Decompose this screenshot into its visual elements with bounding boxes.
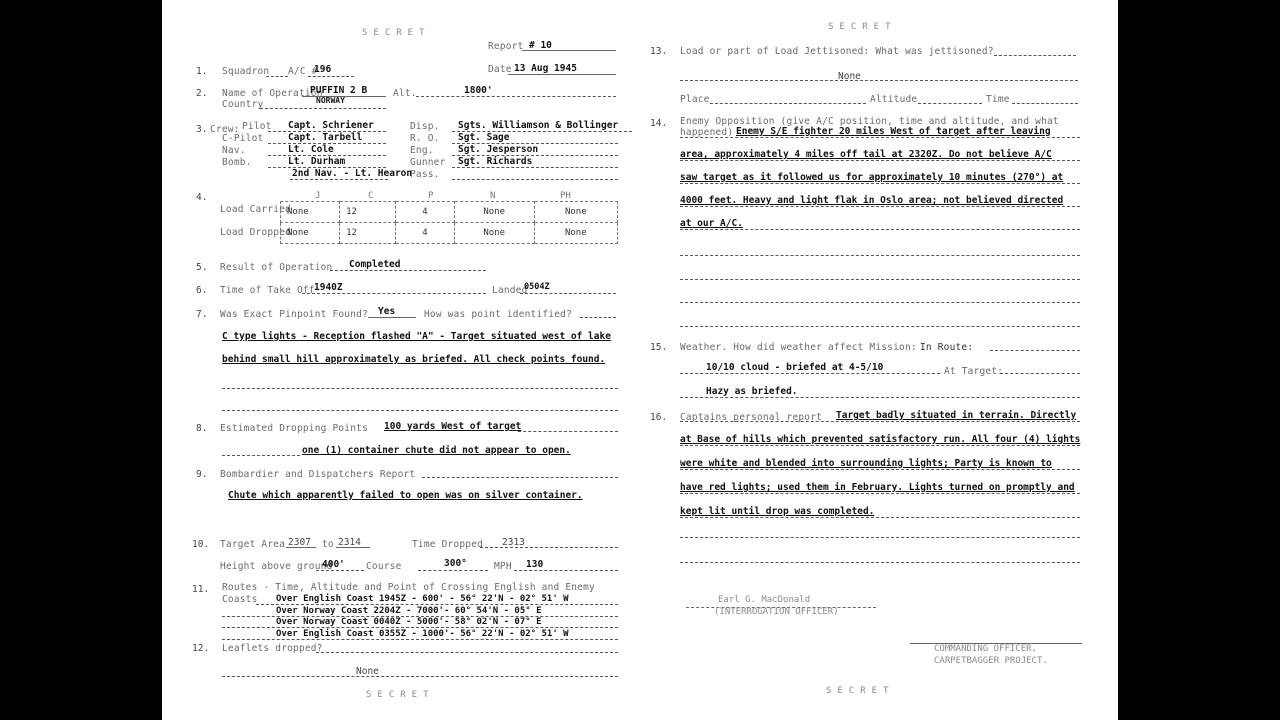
time-dropped-label: Time Dropped — [412, 539, 483, 550]
classification-bottom-left: SECRET — [366, 690, 435, 700]
crew-role-label: R. O. — [410, 133, 440, 144]
blank-line — [222, 676, 618, 677]
blank-line — [680, 326, 1080, 327]
altitude-label: Altitude — [870, 94, 917, 105]
time-label: Time — [986, 94, 1010, 105]
load-cell: None — [534, 223, 617, 244]
at-target-line — [680, 397, 1080, 398]
enemy-line-rule — [680, 183, 1080, 184]
captains-report-line: kept lit until drop was completed. — [680, 506, 874, 517]
section-5-number: 5. — [196, 262, 207, 273]
crew-member-name: Sgt. Richards — [458, 156, 532, 167]
section-10-number: 10. — [192, 539, 209, 550]
weather-label: Weather. How did weather affect Mission: — [680, 342, 917, 353]
load-column-header: P — [428, 191, 433, 201]
crew-field — [452, 179, 618, 180]
crew-member-name: 2nd Nav. - Lt. Hearon — [292, 168, 412, 179]
section-2-number: 2. — [196, 88, 207, 99]
section-12-number: 12. — [192, 643, 209, 654]
pinpoint-found-value: Yes — [378, 306, 395, 317]
load-column-header: C — [368, 191, 373, 201]
alt-label: Alt. — [393, 88, 417, 99]
enemy-line-rule — [680, 137, 1080, 138]
crew-member-name: Lt. Durham — [288, 156, 345, 167]
blank-line — [222, 388, 618, 389]
landed-field — [520, 293, 616, 294]
country-value: NORWAY — [316, 96, 345, 105]
place-label: Place — [680, 94, 710, 105]
date-value: 13 Aug 1945 — [514, 63, 577, 74]
mph-label: MPH — [494, 561, 512, 572]
takeoff-label: Time of Take Off — [220, 285, 315, 296]
crew-field — [452, 167, 618, 168]
route-line — [222, 639, 618, 640]
blank-line — [680, 537, 1080, 538]
section-16-number: 16. — [650, 412, 667, 423]
enemy-line-rule — [680, 206, 1080, 207]
interrogator-title: (INTERROGATION OFFICER) — [714, 607, 839, 617]
height-field — [316, 570, 364, 571]
classification-bottom-right: SECRET — [826, 686, 895, 696]
enemy-line-rule — [680, 160, 1080, 161]
course-field — [418, 570, 488, 571]
captain-line-rule — [680, 421, 1080, 422]
route-entry: Over Norway Coast 0040Z - 5000'- 58° 02'… — [276, 617, 542, 627]
pinpoint-label: Was Exact Pinpoint Found? — [220, 309, 368, 320]
route-entry: Over English Coast 0355Z - 1000'- 56° 22… — [276, 629, 569, 639]
bombardier-field — [422, 477, 618, 478]
load-column-header: N — [490, 191, 495, 201]
interrogator-name: Earl G. MacDonald — [718, 595, 810, 605]
jettisoned-label: Load or part of Load Jettisoned: What wa… — [680, 46, 994, 57]
load-table: None124NoneNoneNone124NoneNone — [280, 201, 618, 244]
course-label: Course — [366, 561, 402, 572]
enroute-value: 10/10 cloud - briefed at 4-5/10 — [706, 362, 883, 373]
section-15-number: 15. — [650, 342, 667, 353]
crew-member-name: Sgts. Williamson & Bollinger — [458, 120, 618, 131]
load-cell: 12 — [340, 202, 396, 223]
routes-label: Routes - Time, Altitude and Point of Cro… — [222, 582, 595, 593]
section-9-number: 9. — [196, 469, 207, 480]
crew-role-label: Bomb. — [222, 157, 252, 168]
ac-value: 196 — [314, 64, 331, 75]
time-dropped-field — [480, 547, 618, 548]
enroute-label: In Route: — [920, 342, 973, 353]
captain-line-rule — [680, 445, 1080, 446]
captains-report-line: were white and blended into surrounding … — [680, 458, 1052, 469]
section-4-number: 4. — [196, 192, 207, 203]
place-field — [710, 103, 866, 104]
how-field — [580, 317, 616, 318]
landed-value: 0504Z — [524, 282, 550, 292]
crew-role-label: Eng. — [410, 145, 434, 156]
how-identified-label: How was point identified? — [424, 309, 572, 320]
enemy-opposition-line: 4000 feet. Heavy and light flak in Oslo … — [680, 195, 1063, 206]
enemy-line-rule — [680, 229, 1080, 230]
height-value: 400' — [322, 559, 345, 570]
load-column-header: PH — [560, 191, 571, 201]
crew-member-name: Capt. Tarbell — [288, 132, 362, 143]
crew-member-name: Capt. Schriener — [288, 120, 374, 131]
result-field — [330, 270, 486, 271]
blank-line — [680, 255, 1080, 256]
altitude-field — [918, 103, 982, 104]
section-7-number: 7. — [196, 309, 207, 320]
enroute-field — [990, 350, 1080, 351]
section-13-number: 13. — [650, 46, 667, 57]
at-target-field — [1000, 373, 1080, 374]
load-cell: None — [281, 202, 340, 223]
load-cell: 4 — [396, 223, 455, 244]
to-label: to — [322, 539, 334, 550]
load-cell: 12 — [340, 223, 396, 244]
blank-line — [680, 279, 1080, 280]
section-8-number: 8. — [196, 423, 207, 434]
blank-line — [680, 302, 1080, 303]
squadron-field — [266, 76, 288, 77]
landed-label: Landed — [492, 285, 528, 296]
crew-role-label: Pass. — [410, 169, 440, 180]
load-cell: 4 — [396, 202, 455, 223]
crew-member-name: Sgt. Sage — [458, 132, 509, 143]
co-title-1: COMMANDING OFFICER, — [934, 644, 1037, 654]
jettisoned-field — [994, 55, 1076, 56]
load-cell: None — [281, 223, 340, 244]
blank-line — [222, 455, 300, 456]
leaflets-label: Leaflets dropped? — [222, 643, 323, 654]
target-from-field — [286, 547, 316, 548]
enemy-opposition-line: at our A/C. — [680, 218, 743, 229]
operation-value: PUFFIN 2 B — [310, 85, 367, 96]
captain-line-rule — [680, 493, 1080, 494]
enemy-opposition-line: Enemy S/E fighter 20 miles West of targe… — [736, 126, 1051, 137]
jettisoned-line — [680, 80, 1078, 81]
load-cell: None — [454, 202, 534, 223]
dropping-points-line-2: one (1) container chute did not appear t… — [302, 445, 571, 456]
dropping-field — [518, 431, 618, 432]
load-cell: None — [454, 223, 534, 244]
captains-report-line: Target badly situated in terrain. Direct… — [836, 410, 1076, 421]
mph-value: 130 — [526, 559, 543, 570]
mph-field — [514, 570, 618, 571]
date-field — [508, 74, 616, 75]
load-cell: None — [534, 202, 617, 223]
leaflets-field — [316, 652, 618, 653]
routes-label-coasts: Coasts — [222, 594, 258, 605]
blank-line — [680, 562, 1080, 563]
target-to-field — [336, 547, 370, 548]
crew-role-label: Disp. — [410, 121, 440, 132]
squadron-label: Squadron — [222, 66, 269, 77]
identification-line-1: C type lights - Reception flashed "A" - … — [222, 331, 611, 342]
crew-member-name: Lt. Cole — [288, 144, 334, 155]
load-row: None124NoneNone — [281, 223, 618, 244]
enroute-line — [680, 373, 940, 374]
result-value: Completed — [349, 259, 400, 270]
identification-line-2: behind small hill approximately as brief… — [222, 354, 605, 365]
load-column-header: J — [315, 191, 320, 201]
ac-field — [308, 76, 354, 77]
at-target-value: Hazy as briefed. — [706, 386, 798, 397]
route-entry: Over English Coast 1945Z - 600' - 56° 22… — [276, 594, 569, 604]
target-area-label: Target Area — [220, 539, 285, 550]
section-14-number: 14. — [650, 118, 667, 129]
route-entry: Over Norway Coast 2204Z - 7000'- 60° 54'… — [276, 606, 542, 616]
blank-line — [222, 410, 618, 411]
captain-line-rule — [680, 469, 1080, 470]
operation-label: Name of Operation — [222, 88, 323, 99]
report-underline — [522, 50, 616, 51]
mission-report-page: SECRET Report # 10 1. Squadron A/C # 196… — [162, 0, 1118, 720]
bombardier-report-value: Chute which apparently failed to open wa… — [228, 490, 583, 501]
country-label: Country — [222, 99, 263, 110]
bombardier-report-label: Bombardier and Dispatchers Report — [220, 469, 415, 480]
result-label: Result of Operation — [220, 262, 332, 273]
takeoff-value: 1940Z — [314, 282, 343, 293]
course-value: 300° — [444, 558, 467, 569]
crew-role-label: Gunner — [410, 157, 446, 168]
dropping-points-value: 100 yards West of target — [384, 421, 521, 432]
crew-field — [290, 179, 388, 180]
section-11-number: 11. — [192, 584, 209, 595]
section-3-number: 3. — [196, 124, 207, 135]
classification-top-left: SECRET — [362, 28, 431, 38]
section-1-number: 1. — [196, 66, 207, 77]
country-field — [260, 108, 386, 109]
enemy-opposition-line: saw target as it followed us for approxi… — [680, 172, 1063, 183]
captains-report-line: have red lights; used them in February. … — [680, 482, 1075, 493]
enemy-opposition-line: area, approximately 4 miles off tail at … — [680, 149, 1052, 160]
at-target-label: At Target: — [944, 366, 1003, 377]
alt-value: 1800' — [464, 85, 493, 96]
dropping-points-label: Estimated Dropping Points — [220, 423, 368, 434]
takeoff-field — [302, 293, 486, 294]
classification-top-right: SECRET — [828, 22, 897, 32]
load-row: None124NoneNone — [281, 202, 618, 223]
captain-line-rule — [680, 517, 1080, 518]
crew-member-name: Sgt. Jesperson — [458, 144, 538, 155]
alt-field — [416, 96, 616, 97]
section-6-number: 6. — [196, 285, 207, 296]
crew-role-label: C-Pilot — [222, 133, 263, 144]
report-label: Report — [488, 41, 524, 52]
crew-role-label: Nav. — [222, 145, 246, 156]
captains-report-line: at Base of hills which prevented satisfa… — [680, 434, 1080, 445]
time-field — [1012, 103, 1078, 104]
co-title-2: CARPETBAGGER PROJECT. — [934, 656, 1048, 666]
pinpoint-field — [368, 317, 416, 318]
